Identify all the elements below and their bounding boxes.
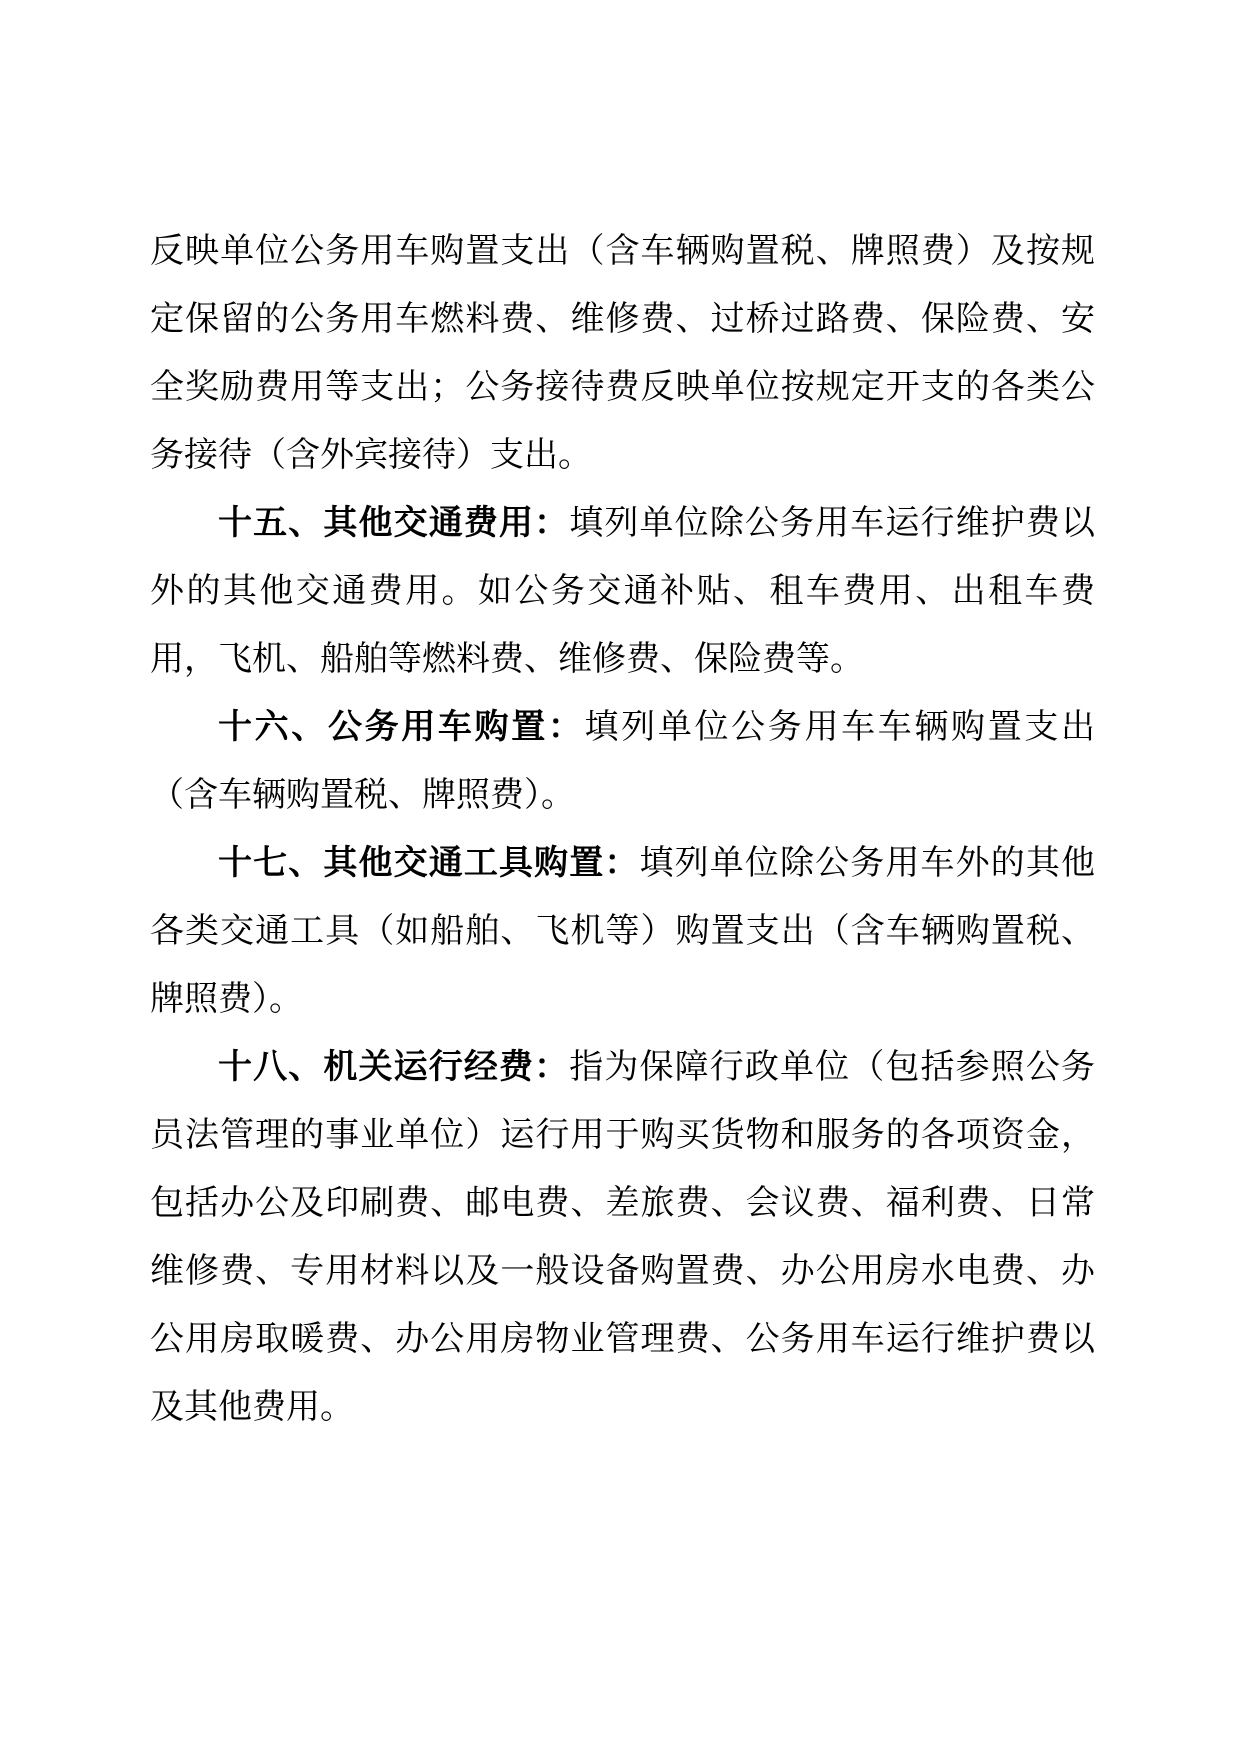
paragraph-lead: 十六、公务用车购置：	[218, 709, 585, 746]
paragraph-lead: 十八、机关运行经费：	[218, 1049, 569, 1086]
document-text-block: 反映单位公务用车购置支出（含车辆购置税、牌照费）及按规定保留的公务用车燃料费、维…	[150, 218, 1095, 1442]
paragraph-item-17: 十七、其他交通工具购置：填列单位除公务用车外的其他各类交通工具（如船舶、飞机等）…	[150, 830, 1095, 1034]
paragraph-item-15: 十五、其他交通费用：填列单位除公务用车运行维护费以外的其他交通费用。如公务交通补…	[150, 490, 1095, 694]
paragraph-item-16: 十六、公务用车购置：填列单位公务用车车辆购置支出（含车辆购置税、牌照费）。	[150, 694, 1095, 830]
paragraph-continuation: 反映单位公务用车购置支出（含车辆购置税、牌照费）及按规定保留的公务用车燃料费、维…	[150, 218, 1095, 490]
paragraph-body: 反映单位公务用车购置支出（含车辆购置税、牌照费）及按规定保留的公务用车燃料费、维…	[150, 233, 1095, 474]
paragraph-body: 指为保障行政单位（包括参照公务员法管理的事业单位）运行用于购买货物和服务的各项资…	[150, 1049, 1095, 1426]
paragraph-lead: 十五、其他交通费用：	[218, 505, 569, 542]
paragraph-lead: 十七、其他交通工具购置：	[218, 845, 640, 882]
document-page: 反映单位公务用车购置支出（含车辆购置税、牌照费）及按规定保留的公务用车燃料费、维…	[0, 0, 1241, 1754]
paragraph-item-18: 十八、机关运行经费：指为保障行政单位（包括参照公务员法管理的事业单位）运行用于购…	[150, 1034, 1095, 1442]
